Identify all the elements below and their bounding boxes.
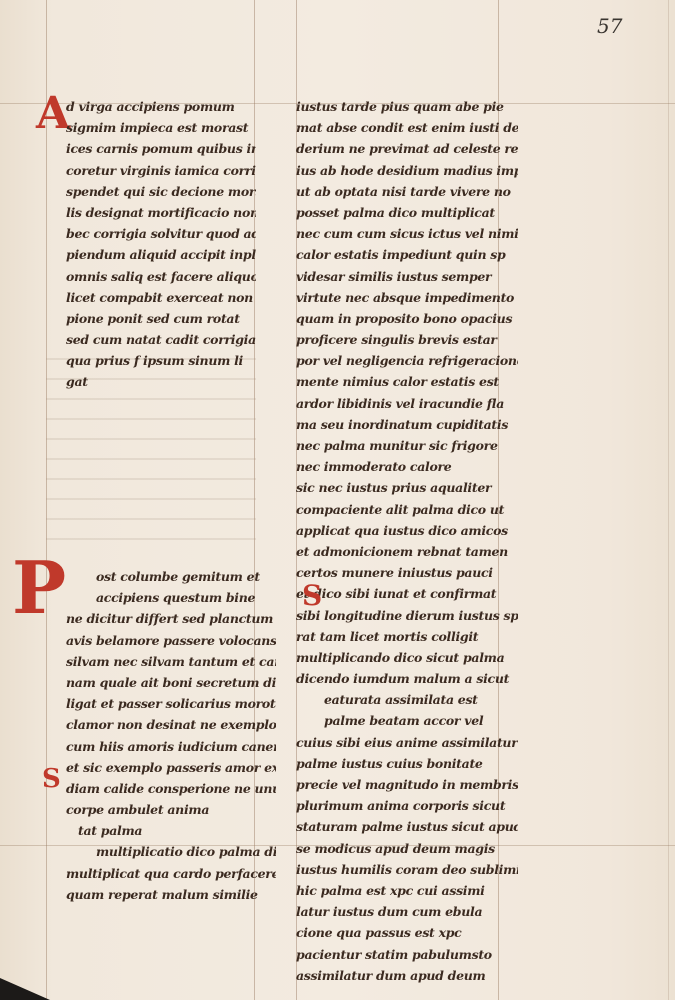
text-line: et sic exemplo passeris amor ex	[66, 757, 276, 778]
text-line: palme iustus cuius bonitate	[296, 753, 518, 774]
text-line: multiplicando dico sicut palma	[296, 647, 518, 668]
text-line: ligat et passer solicarius morota	[66, 693, 276, 714]
text-line: d virga accipiens pomum	[66, 96, 256, 117]
text-line: virtute nec absque impedimento	[296, 287, 518, 308]
text-line: gat	[66, 371, 256, 392]
text-line: multiplicatio dico palma dico	[66, 841, 276, 862]
right-column-text: iustus tarde pius quam abe pie mat abse …	[296, 96, 518, 986]
text-line: iustus tarde pius quam abe pie	[296, 96, 518, 117]
text-line: palme beatam accor vel	[296, 710, 518, 731]
text-line: coretur virginis iamica corrigia	[66, 160, 256, 181]
text-line: sic nec iustus prius aqualiter	[296, 477, 518, 498]
text-line: se modicus apud deum magis	[296, 838, 518, 859]
text-line: sibi longitudine dierum iustus spe	[296, 605, 518, 626]
text-line: eaturata assimilata est	[296, 689, 518, 710]
text-line: multiplicat qua cardo perfacere	[66, 863, 276, 884]
text-line: ost columbe gemitum et	[66, 566, 276, 587]
text-line: proficere singulis brevis estar	[296, 329, 518, 350]
text-line: ma seu inordinatum cupiditatis	[296, 414, 518, 435]
text-line: spendet qui sic decione mortuum	[66, 181, 256, 202]
rubricated-initial-p: P	[12, 552, 66, 624]
text-line: qua prius f ipsum sinum li	[66, 350, 256, 371]
text-line: ne dicitur differt sed planctum	[66, 608, 276, 629]
text-line: compaciente alit palma dico ut	[296, 499, 518, 520]
text-line: videsar similis iustus semper	[296, 266, 518, 287]
text-line: diam calide consperione ne unus	[66, 778, 276, 799]
text-line: hic palma est xpc cui assimi	[296, 880, 518, 901]
text-line: calor estatis impediunt quin sp	[296, 244, 518, 265]
left-column-top-text: d virga accipiens pomum sigmim impieca e…	[66, 96, 256, 393]
text-line: et admonicionem rebnat tamen	[296, 541, 518, 562]
text-line: por vel negligencia refrigeracione	[296, 350, 518, 371]
text-line: clamor non desinat ne exemplo	[66, 714, 276, 735]
text-line: iustus humilis coram deo sublimis	[296, 859, 518, 880]
text-line: nec cum cum sicus ictus vel nimis	[296, 223, 518, 244]
text-line: precie vel magnitudo in membris	[296, 774, 518, 795]
text-line: sigmim impieca est morast	[66, 117, 256, 138]
text-line: ius ab hode desidium madius impedi	[296, 160, 518, 181]
text-line: ardor libidinis vel iracundie fla	[296, 393, 518, 414]
text-line: assimilatur dum apud deum	[296, 965, 518, 986]
text-line: cione qua passus est xpc	[296, 922, 518, 943]
rubricated-initial-s: S	[302, 582, 322, 610]
text-line: quam in proposito bono opacius	[296, 308, 518, 329]
text-line: cum hiis amoris iudicium canere	[66, 736, 276, 757]
text-line: corpe ambulet anima	[66, 799, 276, 820]
text-line: nec immoderato calore	[296, 456, 518, 477]
text-line: plurimum anima corporis sicut	[296, 795, 518, 816]
text-line: latur iustus dum cum ebula	[296, 901, 518, 922]
text-line: tat palma	[66, 820, 276, 841]
text-line: mente nimius calor estatis est	[296, 371, 518, 392]
text-line: derium ne previmat ad celeste regim	[296, 138, 518, 159]
text-line: quam reperat malum similie	[66, 884, 276, 905]
text-line: ut ab optata nisi tarde vivere no	[296, 181, 518, 202]
text-line: dicendo iumdum malum a sicut	[296, 668, 518, 689]
text-line: piendum aliquid accipit inpleca	[66, 244, 256, 265]
text-line: bec corrigia solvitur quod adci	[66, 223, 256, 244]
text-line: ices carnis pomum quibus inspie	[66, 138, 256, 159]
text-line: cuius sibi eius anime assimilatur	[296, 732, 518, 753]
folio-number: 57	[597, 14, 622, 38]
text-line: pacientur statim pabulumsto	[296, 944, 518, 965]
text-line: applicat qua iustus dico amicos	[296, 520, 518, 541]
text-line: pione ponit sed cum rotat	[66, 308, 256, 329]
text-line: certos munere iniustus pauci	[296, 562, 518, 583]
ruling-line	[668, 0, 669, 1000]
text-line: posset palma dico multiplicat	[296, 202, 518, 223]
manuscript-page: 57 A d virga accipiens pomum sigmim impi…	[0, 0, 675, 1000]
text-line: silvam nec silvam tantum et cantus	[66, 651, 276, 672]
text-line: et dico sibi iunat et confirmat	[296, 583, 518, 604]
text-line: accipiens questum bine	[66, 587, 276, 608]
page-corner-shadow	[0, 978, 50, 1000]
text-line: lis designat mortificacio non ipi	[66, 202, 256, 223]
left-column-bottom-text: ost columbe gemitum et accipiens questum…	[66, 566, 276, 905]
text-line: licet compabit exerceat non ei	[66, 287, 256, 308]
rubricated-initial-s: S	[42, 766, 61, 792]
text-line: nam quale ait boni secretum di	[66, 672, 276, 693]
text-line: nec palma munitur sic frigore	[296, 435, 518, 456]
text-line: omnis saliq est facere aliquod	[66, 266, 256, 287]
text-line: mat abse condit est enim iusti desi	[296, 117, 518, 138]
text-line: rat tam licet mortis colligit	[296, 626, 518, 647]
text-line: sed cum natat cadit corrigia	[66, 329, 256, 350]
text-line: avis belamore passere volocans	[66, 630, 276, 651]
text-line: staturam palme iustus sicut apud	[296, 816, 518, 837]
